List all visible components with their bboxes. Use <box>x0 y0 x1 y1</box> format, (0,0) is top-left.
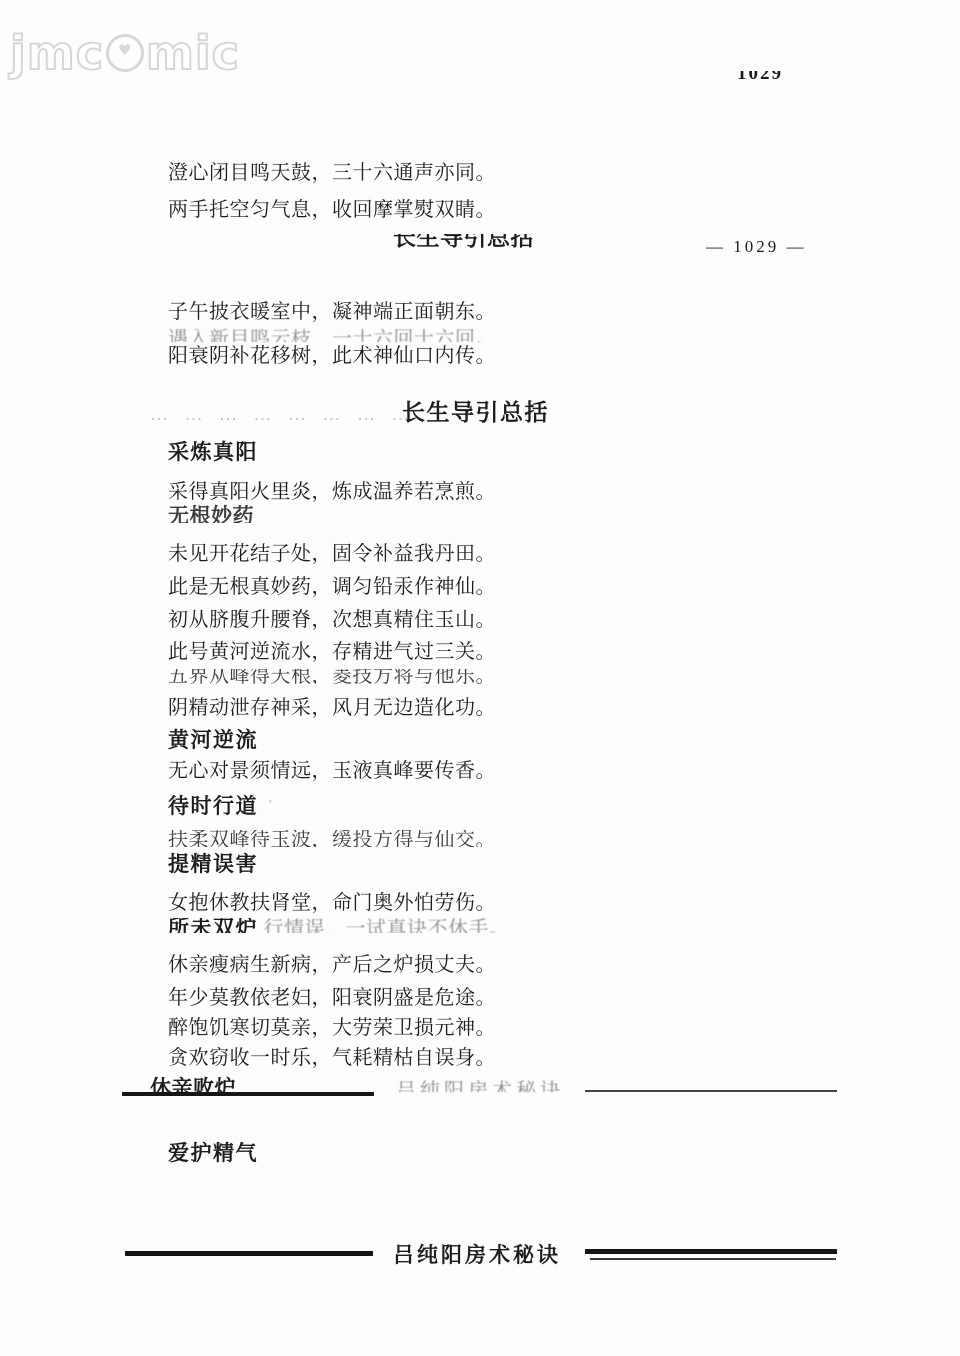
subheading: 爱护精气 <box>168 1141 258 1167</box>
subheading-clipped: 休亲败炉 <box>150 1076 330 1093</box>
bold-fragment-clipped: 所未双炉 <box>168 918 258 933</box>
verse-line: 子午披衣暖室中，凝神端正面朝东。 <box>168 300 496 325</box>
scanned-book-page: jmc mic 1029 澄心闭目鸣天鼓，三十六通声亦同。 两手托空匀气息，收回… <box>0 0 960 1356</box>
leader-dots: ⋯ ⋯ ⋯ ⋯ ⋯ ⋯ ⋯ ⋯ <box>150 408 395 431</box>
verse-line: 无心对景须情远，玉液真峰要传香。 <box>168 759 496 784</box>
subheading: 采炼真阳 <box>168 440 258 466</box>
verse-line: 阳衰阴补花移树，此术神仙口内传。 <box>168 344 496 369</box>
stray-mark: · <box>268 794 273 812</box>
watermark-text-left: jmc <box>10 26 104 80</box>
running-footer-faint-clipped: 吕纯阳房术秘诀 <box>396 1079 576 1092</box>
footer-rule-left <box>125 1251 373 1256</box>
verse-line: 醉饱饥寒切莫亲，大劳荣卫损元神。 <box>168 1016 496 1041</box>
verse-line: 阴精动泄存神采，风月无边造化功。 <box>168 696 496 721</box>
verse-line: 两手托空匀气息，收回摩掌熨双睛。 <box>168 198 496 223</box>
verse-line: 澄心闭目鸣天鼓，三十六通声亦同。 <box>168 161 496 186</box>
subheading: 提精误害 <box>168 852 258 878</box>
verse-line-clipped: 所未双炉 行情误，一试真诀不休手。 <box>168 918 678 933</box>
verse-line: 采得真阳火里炎，炼成温养若烹煎。 <box>168 480 496 505</box>
footer-rule-right-thin <box>590 1258 836 1260</box>
verse-line: 未见开花结子处，固令补益我丹田。 <box>168 542 496 567</box>
verse-line: 初从脐腹升腰脊，次想真精住玉山。 <box>168 608 496 633</box>
watermark: jmc mic <box>10 26 240 80</box>
footer-rule-right-thick <box>585 1249 837 1254</box>
divider-rule-right <box>585 1090 837 1092</box>
footer-title-clipped: 吕纯阳房术秘诀 <box>393 1242 583 1266</box>
verse-line: 女抱休教扶肾堂，命门奥外怕劳伤。 <box>168 891 496 916</box>
watermark-text-right: mic <box>146 26 240 80</box>
watermark-mascot-icon <box>106 34 144 72</box>
page-number-center: — 1029 — <box>706 236 807 257</box>
faint-fragment-clipped: 行情误，一试真诀不休手。 <box>264 918 510 933</box>
subheading: 黄河逆流 <box>168 728 258 754</box>
verse-line: 贪欢窃收一时乐，气耗精枯自误身。 <box>168 1046 496 1071</box>
verse-line: 此是无根真妙药，调匀铅汞作神仙。 <box>168 575 496 600</box>
verse-line-clipped: 扶柔双峰待玉波，缓投方得与仙交。 <box>168 830 678 847</box>
subheading: 待时行道 <box>168 794 258 820</box>
page-number-top-clipped: 1029 <box>737 71 807 86</box>
section-title: 长生导引总括 <box>402 398 549 427</box>
verse-line: 年少莫教依老妇，阳衰阴盛是危途。 <box>168 986 496 1011</box>
verse-line: 此号黄河逆流水，存精进气过三关。 <box>168 640 496 665</box>
verse-line-clipped: 五界从峰得天根，菱技方将与他乐。 <box>168 669 678 684</box>
divider-rule-left <box>122 1092 374 1096</box>
verse-line-clipped: 遇入新目鸣云枝，一十六回十六回。 <box>168 329 668 342</box>
running-header-clipped: 长生导引总括 <box>393 234 578 255</box>
subheading-clipped: 无根妙药 <box>168 504 368 523</box>
verse-line: 休亲瘦病生新病，产后之炉损丈夫。 <box>168 953 496 978</box>
